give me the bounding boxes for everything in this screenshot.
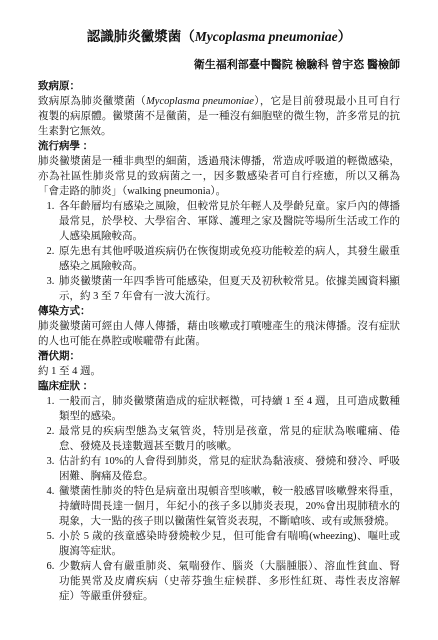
epidemiology-item: 肺炎黴漿菌一年四季皆可能感染，但夏天及初秋較常見。依據美國資料顯示，約 3 至 … — [57, 274, 400, 304]
title-text-latin: Mycoplasma pneumoniae — [195, 29, 338, 44]
epidemiology-intro-paragraph: 肺炎黴漿菌是一種非典型的細菌，透過飛沫傳播，常造成呼吸道的輕微感染，亦為社區性肺… — [38, 154, 400, 199]
page-title: 認識肺炎黴漿菌（Mycoplasma pneumoniae） — [38, 28, 400, 46]
title-text-zh: 認識肺炎黴漿菌（ — [87, 29, 195, 44]
symptoms-item: 黴漿菌性肺炎的特色是病童出現頓音型咳嗽，較一般感冒咳嗽聲來得重，持續時間長達一個… — [57, 484, 400, 529]
symptoms-list: 一般而言，肺炎黴漿菌造成的症狀輕微，可持續 1 至 4 週，且可造成數種類型的感… — [38, 394, 400, 604]
section-heading-incubation: 潛伏期： — [38, 349, 400, 364]
title-text-close: ） — [338, 29, 352, 44]
symptoms-item: 一般而言，肺炎黴漿菌造成的症狀輕微，可持續 1 至 4 週，且可造成數種類型的感… — [57, 394, 400, 424]
pathogen-text-pre: 致病原為肺炎黴漿菌（ — [38, 96, 146, 107]
symptoms-item: 估計約有 10%的人會得到肺炎，常見的症狀為黏液痰、發燒和發冷、呼吸困難、胸痛及… — [57, 454, 400, 484]
symptoms-item: 少數病人會有嚴重肺炎、氣喘發作、腦炎（大腦腫脹）、溶血性貧血、腎功能異常及皮膚疾… — [57, 559, 400, 604]
incubation-paragraph: 約 1 至 4 週。 — [38, 364, 400, 379]
epidemiology-item: 各年齡層均有感染之風險，但較常見於年輕人及學齡兒童。家戶內的傳播最常見，於學校、… — [57, 199, 400, 244]
document-page: 認識肺炎黴漿菌（Mycoplasma pneumoniae） 衛生福利部臺中醫院… — [0, 0, 438, 640]
section-heading-epidemiology: 流行病學 ： — [38, 139, 400, 154]
section-heading-transmission: 傳染方式： — [38, 304, 400, 319]
epidemiology-list: 各年齡層均有感染之風險，但較常見於年輕人及學齡兒童。家戶內的傳播最常見，於學校、… — [38, 199, 400, 304]
epidemiology-item: 原先患有其他呼吸道疾病仍在恢復期或免疫功能較差的病人，其發生嚴重感染之風險較高。 — [57, 244, 400, 274]
section-heading-symptoms: 臨床症狀 ： — [38, 379, 400, 394]
symptoms-item: 小於 5 歲的孩童感染時發燒較少見，但可能會有喘鳴(wheezing)、嘔吐或腹… — [57, 529, 400, 559]
pathogen-text-latin: Mycoplasma pneumoniae — [146, 96, 254, 107]
symptoms-item: 最常見的疾病型態為支氣管炎，特別是孩童，常見的症狀為喉嚨痛、倦怠、發燒及長達數週… — [57, 424, 400, 454]
pathogen-paragraph: 致病原為肺炎黴漿菌（Mycoplasma pneumoniae），它是目前發現最… — [38, 94, 400, 139]
transmission-paragraph: 肺炎黴漿菌可經由人傳人傳播，藉由咳嗽或打噴嚏產生的飛沫傳播。沒有症狀的人也可能在… — [38, 319, 400, 349]
author-byline: 衛生福利部臺中醫院 檢驗科 曾宇恣 醫檢師 — [38, 58, 400, 73]
section-heading-pathogen: 致病原： — [38, 79, 400, 94]
